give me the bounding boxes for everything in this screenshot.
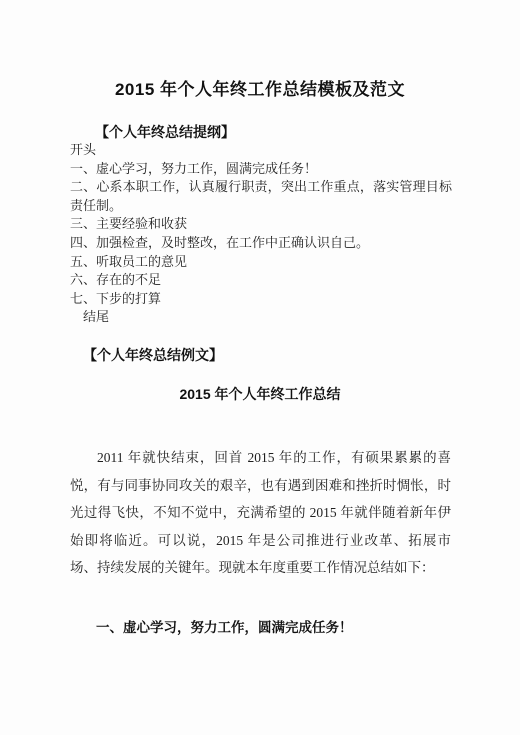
document-title: 2015 年个人年终工作总结模板及范文 [0, 75, 520, 100]
outline-item: 五、听取员工的意见 [70, 253, 452, 272]
outline-item: 二、心系本职工作，认真履行职责，突出工作重点，落实管理目标责任制。 [70, 178, 452, 215]
outline-item: 四、加强检查，及时整改，在工作中正确认识自己。 [70, 234, 452, 253]
document-page: 2015 年个人年终工作总结模板及范文 【个人年终总结提纲】 开头 一、虚心学习… [0, 0, 520, 735]
outline-item: 七、下步的打算 [70, 290, 452, 309]
sample-intro-paragraph: 2011 年就快结束，回首 2015 年的工作，有硕果累累的喜悦，有与同事协同攻… [70, 444, 451, 582]
outline-item: 一、虚心学习，努力工作，圆满完成任务！ [70, 160, 452, 179]
sample-section-heading: 【个人年终总结例文】 [83, 345, 223, 365]
outline-opening: 开头 [70, 141, 452, 160]
outline-item: 六、存在的不足 [70, 271, 452, 290]
sample-title: 2015 年个人年终工作总结 [0, 384, 520, 404]
outline-section-heading: 【个人年终总结提纲】 [95, 122, 235, 142]
outline-closing: 结尾 [70, 308, 452, 327]
sample-section-1-heading: 一、虚心学习，努力工作，圆满完成任务！ [96, 616, 353, 636]
outline-list: 开头 一、虚心学习，努力工作，圆满完成任务！ 二、心系本职工作，认真履行职责，突… [70, 141, 452, 327]
outline-item: 三、主要经验和收获 [70, 215, 452, 234]
